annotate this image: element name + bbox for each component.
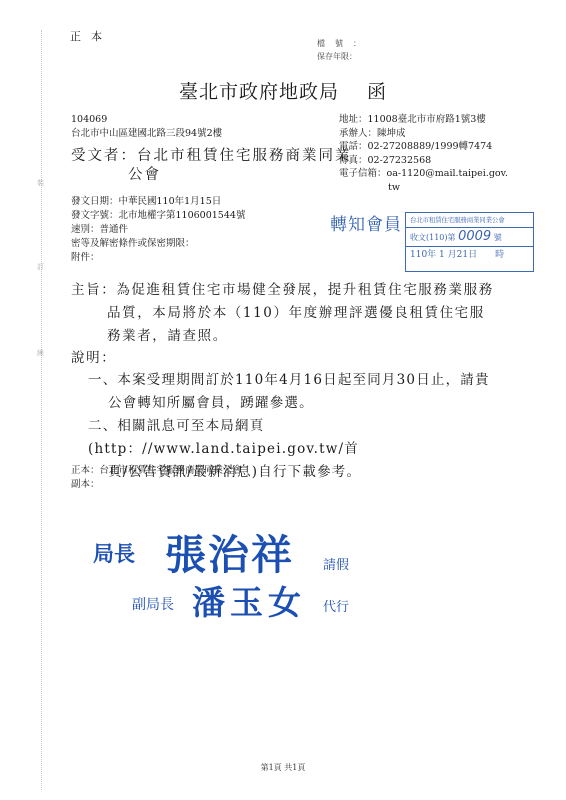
subject-line-3: 務業者，請查照。 [71,325,511,348]
page-indicator: 第1頁 共1頁 [0,762,566,773]
phone: 電話：02-27208889/1999轉7474 [339,140,508,154]
email: 電子信箱：oa-1120@mail.taipei.gov. [339,167,508,181]
sender-contact: 地址：11008臺北市市府路1號3樓 承辦人：陳坤成 電話：02-2720888… [339,113,508,194]
signature-name-director: 張治祥 [165,522,294,581]
copy-recipient: 副本： [71,478,242,492]
stamp-receipt-prefix: 收文(110)第 [410,233,456,242]
subject-label: 主旨： [71,282,116,298]
stamp-receipt-number: 0009 [458,229,491,244]
sender-address: 地址：11008臺北市市府路1號3樓 [339,113,508,127]
explanation-item-1: 一、本案受理期間訂於110年4月16日起至同月30日止，請貴 公會轉知所屬會員，… [88,369,508,415]
document-title: 臺北市政府地政局函 [0,77,566,104]
signature-title-deputy: 副局長 [132,594,174,614]
file-number-label: 檔號： [317,37,371,50]
signature-title-director: 局長 [93,538,135,568]
item-1-line-1: 一、本案受理期間訂於110年4月16日起至同月30日止，請貴 [88,372,490,388]
document-type: 函 [367,81,387,103]
binding-mark-xian: 線 [37,348,44,358]
signature-status-acting: 代行 [323,596,349,615]
copy-type: 正本 [70,28,112,44]
address-line: 台北市中山區建國北路三段94號2樓 [71,127,222,141]
receipt-stamp: 台北市租賃住宅服務商業同業公會 收文(110)第 0009 號 110年 1 月… [405,212,534,272]
recipient-name: 台北市租賃住宅服務商業同業 [137,148,352,164]
subject-line-2: 品質，本局將於本（110）年度辦理評選優良租賃住宅服 [71,302,511,325]
retention-label: 保存年限： [317,50,371,63]
issue-number: 發文字號：北市地權字第1106001544號 [71,209,245,223]
recipient-label: 受文者： [71,148,137,164]
item-1-line-2: 公會轉知所屬會員，踴躍參選。 [88,392,508,415]
subject: 主旨：為促進租賃住宅市場健全發展，提升租賃住宅服務業服務 品質，本局將於本（11… [71,279,511,348]
stamp-date: 110年 1 月21日 時 [406,247,533,263]
signature-name-deputy: 潘玉女 [192,577,306,624]
issue-info: 發文日期：中華民國110年1月15日 發文字號：北市地權字第1106001544… [71,195,245,265]
item-2-line-1: 二、相關訊息可至本局網頁(http：//www.land.taipei.gov.… [88,418,359,457]
binding-line [41,30,42,790]
stamp-receipt-row: 收文(110)第 0009 號 [406,228,533,247]
postal-code: 104069 [71,113,222,127]
binding-mark-zhuang: 裝 [37,178,44,188]
recipient-name-cont: 公會 [71,166,352,185]
binding-mark-ding: 訂 [37,262,44,272]
secrecy: 密等及解密條件或保密期限： [71,237,245,251]
forward-stamp: 轉知會員 [330,210,402,235]
fax: 傳真：02-27232568 [339,154,508,168]
speed: 速別：普通件 [71,223,245,237]
explanation-label: 說明： [71,346,116,366]
stamp-org: 台北市租賃住宅服務商業同業公會 [406,213,533,228]
original-recipient: 正本：台北市租賃住宅服務商業同業公會 [71,464,242,478]
stamp-receipt-suffix: 號 [494,233,502,242]
signature-status-leave: 請假 [323,554,349,573]
subject-line-1: 為促進租賃住宅市場健全發展，提升租賃住宅服務業服務 [116,282,494,298]
email-cont: tw [339,181,508,195]
recipient: 受文者：台北市租賃住宅服務商業同業 公會 [71,147,352,185]
handler: 承辦人：陳坤成 [339,127,508,141]
issue-date: 發文日期：中華民國110年1月15日 [71,195,245,209]
attachments: 附件： [71,251,245,265]
distribution: 正本：台北市租賃住宅服務商業同業公會 副本： [71,464,242,492]
agency-name: 臺北市政府地政局 [179,81,339,103]
recipient-address: 104069 台北市中山區建國北路三段94號2樓 [71,113,222,141]
file-meta: 檔號： 保存年限： [317,37,371,63]
